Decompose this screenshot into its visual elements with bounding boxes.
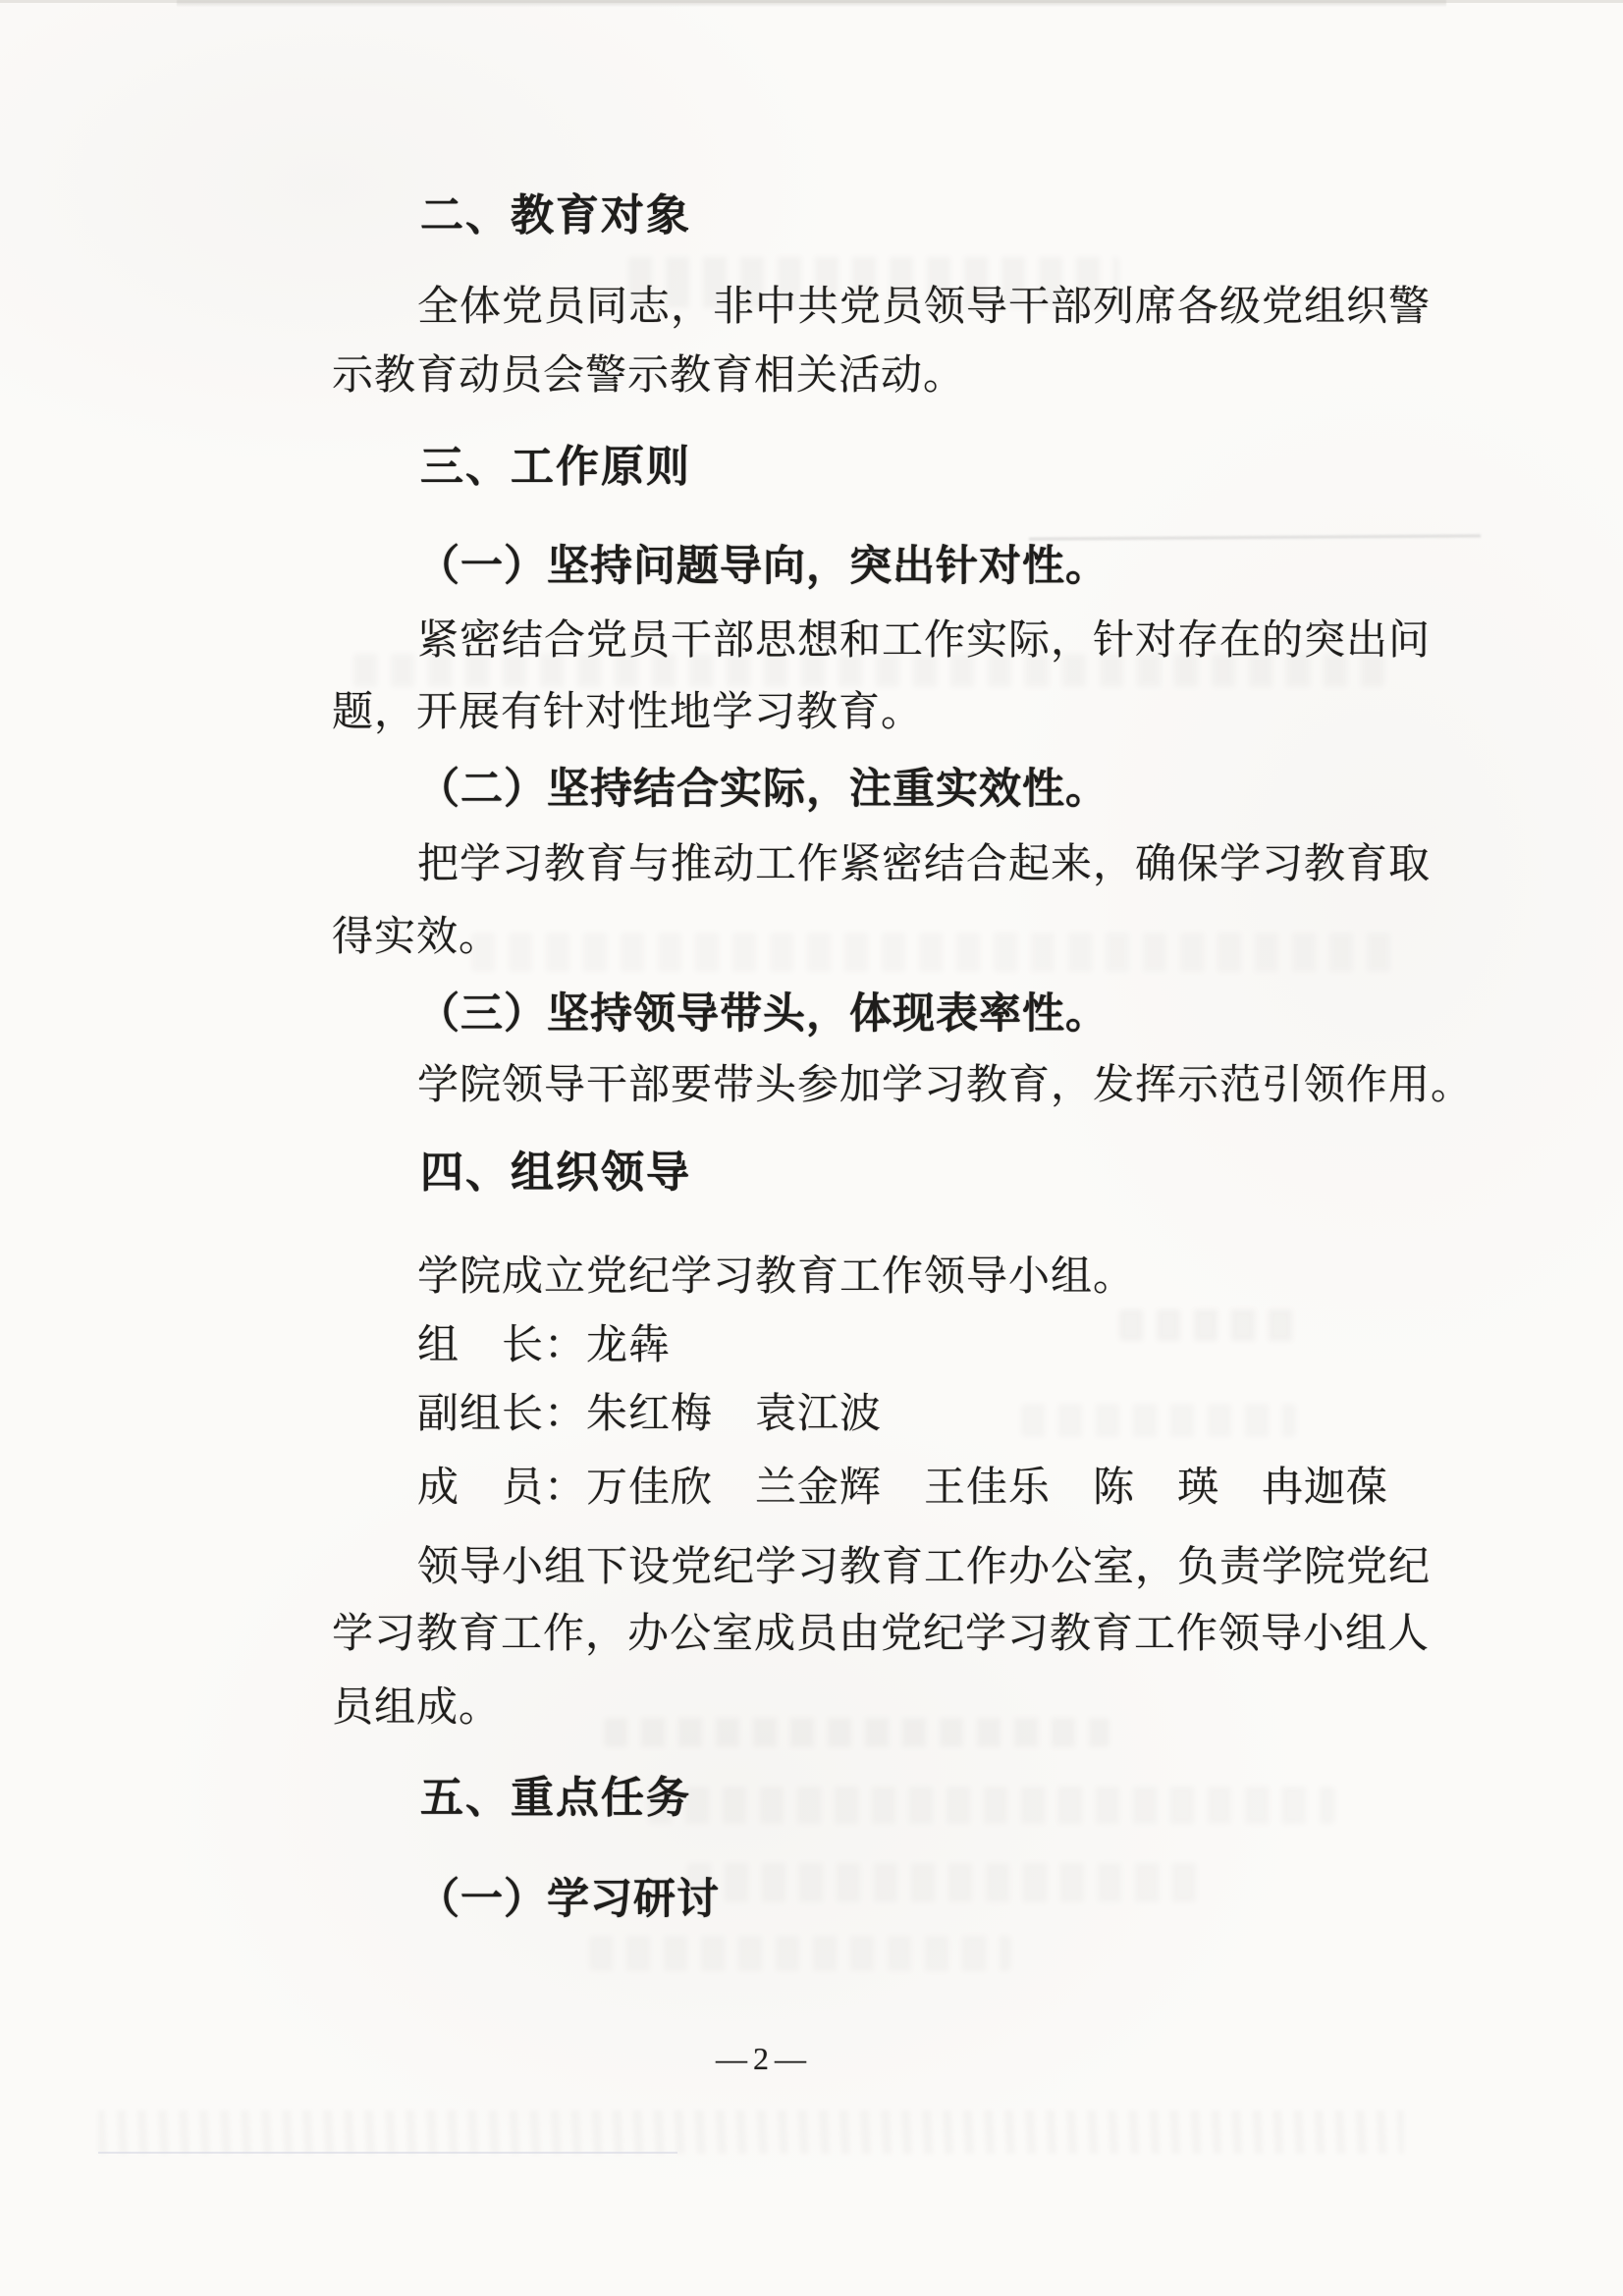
bleedthrough-artifact — [589, 1936, 1011, 1971]
body-line: 把学习教育与推动工作紧密结合起来，确保学习教育取 — [417, 842, 1431, 887]
bleedthrough-artifact — [1021, 1404, 1296, 1437]
scan-top-edge — [0, 0, 1623, 3]
page-number: —2— — [636, 2042, 892, 2076]
bleedthrough-artifact — [471, 933, 1404, 972]
body-line: 紧密结合党员干部思想和工作实际，针对存在的突出问 — [417, 618, 1431, 664]
pencil-mark-artifact — [1029, 534, 1481, 540]
body-line: 得实效。 — [332, 915, 501, 960]
body-line-deputy-leaders: 副组长：朱红梅 袁江波 — [417, 1392, 882, 1437]
scan-top-shadow — [177, 0, 1446, 7]
scanned-document-page: 二、教育对象 全体党员同志，非中共党员领导干部列席各级党组织警 示教育动员会警示… — [0, 0, 1623, 2296]
sub-heading: （一）学习研讨 — [417, 1877, 720, 1923]
bleedthrough-artifact — [1119, 1309, 1301, 1341]
body-line: 题，开展有针对性地学习教育。 — [332, 690, 923, 735]
section-heading: 五、重点任务 — [420, 1775, 691, 1822]
body-line: 学院领导干部要带头参加学习教育，发挥示范引领作用。 — [417, 1063, 1473, 1108]
body-line: 领导小组下设党纪学习教育工作办公室，负责学院党纪 — [417, 1545, 1431, 1590]
section-heading: 四、组织领导 — [420, 1149, 691, 1197]
sub-heading: （二）坚持结合实际，注重实效性。 — [417, 767, 1109, 813]
sub-heading: （一）坚持问题导向，突出针对性。 — [417, 544, 1109, 590]
body-line: 学习教育工作，办公室成员由党纪学习教育工作领导小组人 — [332, 1612, 1430, 1657]
body-line: 员组成。 — [332, 1685, 501, 1731]
bleedthrough-artifact — [604, 1718, 1109, 1747]
body-line: 学院成立党纪学习教育工作领导小组。 — [417, 1255, 1135, 1300]
body-line-members: 成 员：万佳欣 兰金辉 王佳乐 陈 瑛 冉迦葆 — [417, 1466, 1388, 1511]
bleedthrough-artifact — [687, 1863, 1198, 1902]
body-line: 全体党员同志，非中共党员领导干部列席各级党组织警 — [417, 285, 1431, 330]
scan-noise-band — [98, 2110, 1404, 2154]
bleedthrough-artifact — [648, 1787, 1335, 1824]
body-line: 示教育动员会警示教育相关活动。 — [332, 353, 965, 399]
section-heading: 二、教育对象 — [420, 192, 691, 240]
body-line-group-leader: 组 长：龙犇 — [417, 1323, 671, 1368]
sub-heading: （三）坚持领导带头，体现表率性。 — [417, 991, 1109, 1038]
scan-bottom-edge — [98, 2152, 677, 2154]
section-heading: 三、工作原则 — [420, 444, 691, 491]
